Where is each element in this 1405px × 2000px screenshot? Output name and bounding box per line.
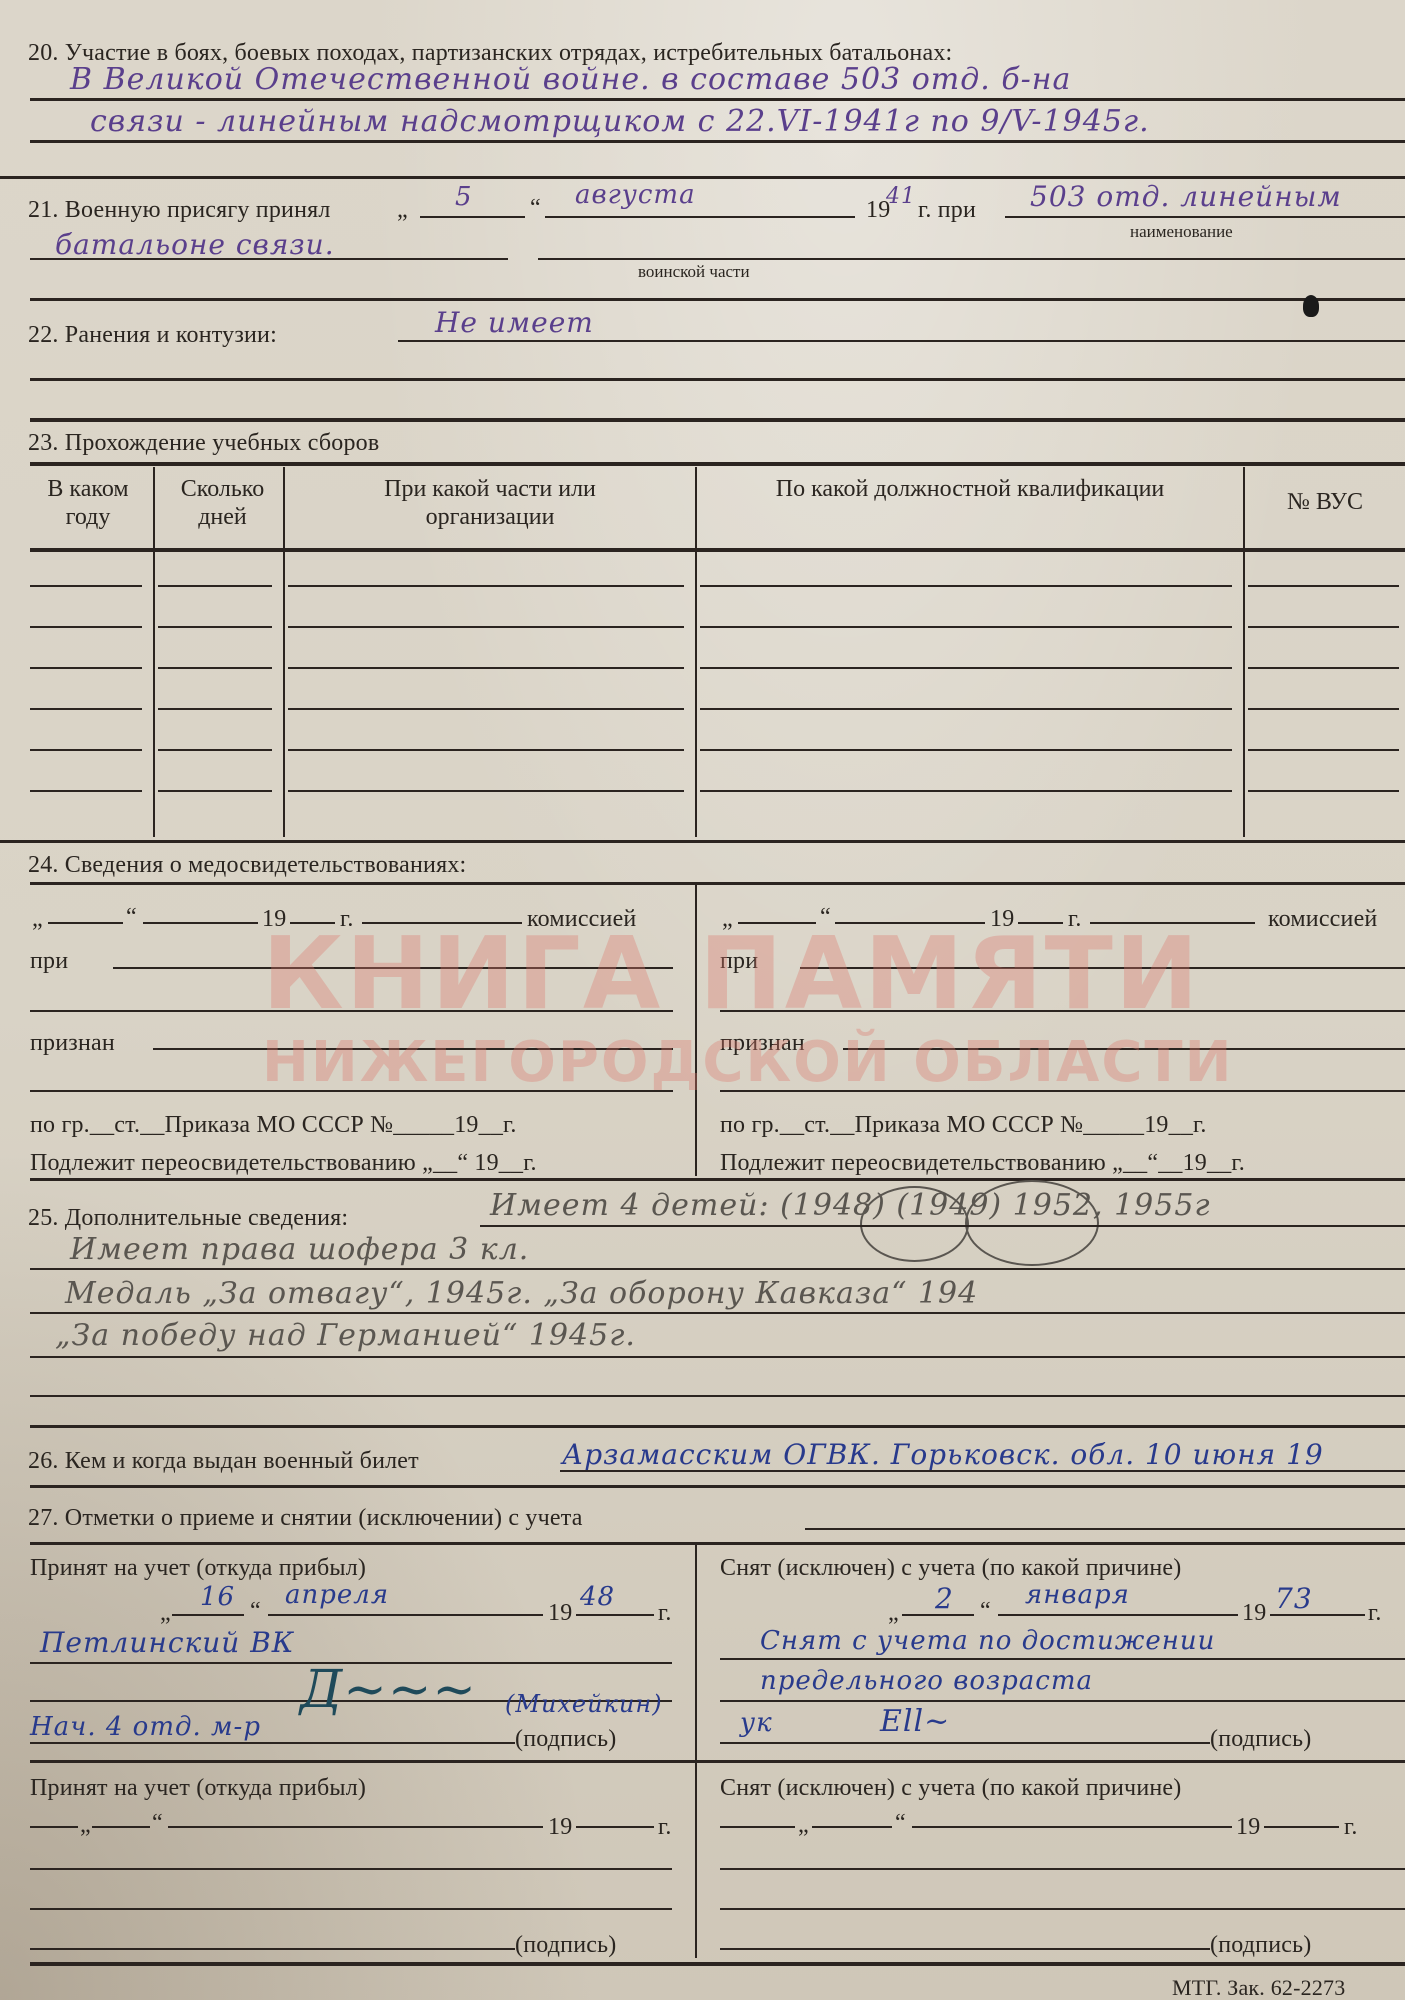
table-cell-rule [1248, 708, 1399, 710]
rule [0, 840, 1405, 843]
rule [30, 882, 1405, 885]
accepted-day: 16 [200, 1582, 235, 1612]
table-cell-rule [700, 585, 1232, 587]
signature-caption: (подпись) [1210, 1726, 1311, 1753]
circle-mark [965, 1180, 1099, 1266]
table-cell-rule [700, 708, 1232, 710]
col-header-days: Сколько дней [160, 475, 285, 531]
section-26-label: 26. Кем и когда выдан военный билет [28, 1448, 419, 1475]
section-25-line2: Имеет права шофера 3 кл. [70, 1232, 529, 1267]
section-25-line4: „За победу над Германией“ 1945г. [55, 1318, 636, 1353]
reexam-line: Подлежит переосвидетельствованию „__“ 19… [30, 1150, 537, 1177]
accepted-heading: Принят на учет (откуда прибыл) [30, 1775, 366, 1802]
col-header-year: В каком году [28, 475, 148, 531]
oath-at-label: г. при [918, 197, 976, 224]
section-25-line3: Медаль „За отвагу“, 1945г. „За оборону К… [65, 1276, 978, 1311]
table-cell-rule [1248, 667, 1399, 669]
table-cell-rule [158, 708, 272, 710]
circle-mark [860, 1186, 969, 1262]
watermark-line2: НИЖЕГОРОДСКОЙ ОБЛАСТИ [262, 1030, 1234, 1095]
oath-unit-line2: батальоне связи. [55, 228, 335, 261]
table-cell-rule [1248, 790, 1399, 792]
removed-heading: Снят (исключен) с учета (по какой причин… [720, 1555, 1181, 1582]
signature: Д~~~ [300, 1660, 477, 1720]
order-line: по гр.__ст.__Приказа МО СССР №_____19__г… [30, 1112, 517, 1139]
section-24-label: 24. Сведения о медосвидетельствованиях: [28, 852, 466, 879]
section-23-label: 23. Прохождение учебных сборов [28, 430, 379, 457]
section-26-value: Арзамасским ОГВК. Горьковск. обл. 10 июн… [562, 1438, 1324, 1471]
rule [538, 258, 1405, 260]
table-cell-rule [30, 667, 142, 669]
printer-mark: МТГ. Зак. 62-2273 [1172, 1975, 1345, 2000]
rule [420, 216, 525, 218]
accepted-month: апреля [285, 1580, 389, 1610]
removed-heading: Снят (исключен) с учета (по какой причин… [720, 1775, 1181, 1802]
rule [30, 378, 1405, 381]
col-divider [283, 467, 285, 837]
table-cell-rule [288, 585, 684, 587]
signature-caption: (подпись) [515, 1932, 616, 1959]
table-cell-rule [30, 790, 142, 792]
table-cell-rule [158, 585, 272, 587]
col-divider [1243, 467, 1245, 837]
accepted-heading: Принят на учет (откуда прибыл) [30, 1555, 366, 1582]
document-page: 20. Участие в боях, боевых походах, парт… [0, 0, 1405, 2000]
table-cell-rule [30, 749, 142, 751]
removed-year: 73 [1275, 1582, 1313, 1615]
table-cell-rule [700, 749, 1232, 751]
quote-open: „ [397, 197, 408, 224]
rule [30, 1178, 1405, 1181]
caption-unit: воинской части [638, 262, 750, 282]
removed-month: января [1025, 1580, 1130, 1610]
table-cell-rule [1248, 585, 1399, 587]
commission-label: комиссией [1268, 906, 1377, 933]
col-divider [695, 1544, 697, 1958]
punch-hole-mark [1303, 295, 1319, 317]
rule [30, 462, 1405, 466]
watermark-line1: КНИГА ПАМЯТИ [262, 915, 1201, 1032]
table-cell-rule [30, 585, 142, 587]
signature-caption: (подпись) [1210, 1932, 1311, 1959]
accepted-signer: Нач. 4 отд. м-р [30, 1712, 261, 1742]
section-22-value: Не имеет [435, 306, 594, 339]
rule [398, 340, 1405, 342]
section-20-line2: связи - линейным надсмотрщиком с 22.VI-1… [90, 104, 1150, 139]
table-cell-rule [1248, 626, 1399, 628]
col-divider [153, 467, 155, 837]
order-line: по гр.__ст.__Приказа МО СССР №_____19__г… [720, 1112, 1207, 1139]
col-header-qualification: По какой должностной квалификации [760, 475, 1180, 503]
table-cell-rule [1248, 749, 1399, 751]
oath-year-suffix: 41 [886, 184, 916, 209]
col-divider [695, 467, 697, 837]
rule [30, 258, 508, 260]
quote-close: “ [530, 195, 541, 222]
removed-signer: ук [740, 1708, 773, 1738]
rule [0, 176, 1405, 179]
col-header-vus: № ВУС [1245, 488, 1405, 516]
rule [30, 98, 1405, 101]
removed-reason-line1: Снят с учета по достижении [760, 1626, 1215, 1656]
signature-caption: (подпись) [515, 1726, 616, 1753]
section-20-line1: В Великой Отечественной войне. в составе… [70, 62, 1071, 97]
section-25-label: 25. Дополнительные сведения: [28, 1205, 348, 1232]
section-27-label: 27. Отметки о приеме и снятии (исключени… [28, 1505, 583, 1532]
table-cell-rule [288, 667, 684, 669]
oath-unit-line1: 503 отд. линейным [1030, 180, 1342, 213]
caption-name: наименование [1130, 222, 1233, 242]
table-cell-rule [158, 667, 272, 669]
recognized-label: признан [30, 1030, 115, 1057]
table-cell-rule [288, 708, 684, 710]
table-cell-rule [288, 749, 684, 751]
signature: Еll~ [880, 1704, 950, 1739]
removed-day: 2 [935, 1582, 954, 1615]
rule [1005, 216, 1405, 218]
col-header-unit: При какой части или организации [320, 475, 660, 531]
table-cell-rule [700, 626, 1232, 628]
oath-month: августа [575, 180, 696, 210]
rule [30, 418, 1405, 422]
oath-day: 5 [455, 182, 473, 212]
table-cell-rule [158, 626, 272, 628]
at-label: при [30, 948, 68, 975]
section-22-label: 22. Ранения и контузии: [28, 322, 277, 349]
accepted-from: Петлинский ВК [40, 1626, 294, 1659]
section-25-line1: Имеет 4 детей: (1948) (1949) 1952, 1955г [490, 1188, 1211, 1223]
rule [545, 216, 855, 218]
accepted-signer-name: (Михейкин) [505, 1690, 663, 1718]
section-21-label: 21. Военную присягу принял [28, 197, 331, 224]
accepted-year: 48 [580, 1582, 615, 1612]
table-cell-rule [30, 626, 142, 628]
removed-reason-line2: предельного возраста [760, 1666, 1093, 1696]
reexam-line: Подлежит переосвидетельствованию „__“__1… [720, 1150, 1245, 1177]
rule [30, 140, 1405, 143]
table-cell-rule [700, 667, 1232, 669]
table-cell-rule [30, 708, 142, 710]
table-cell-rule [700, 790, 1232, 792]
rule [30, 298, 1405, 301]
table-cell-rule [158, 749, 272, 751]
table-cell-rule [288, 626, 684, 628]
table-cell-rule [158, 790, 272, 792]
table-cell-rule [288, 790, 684, 792]
rule [30, 548, 1405, 552]
